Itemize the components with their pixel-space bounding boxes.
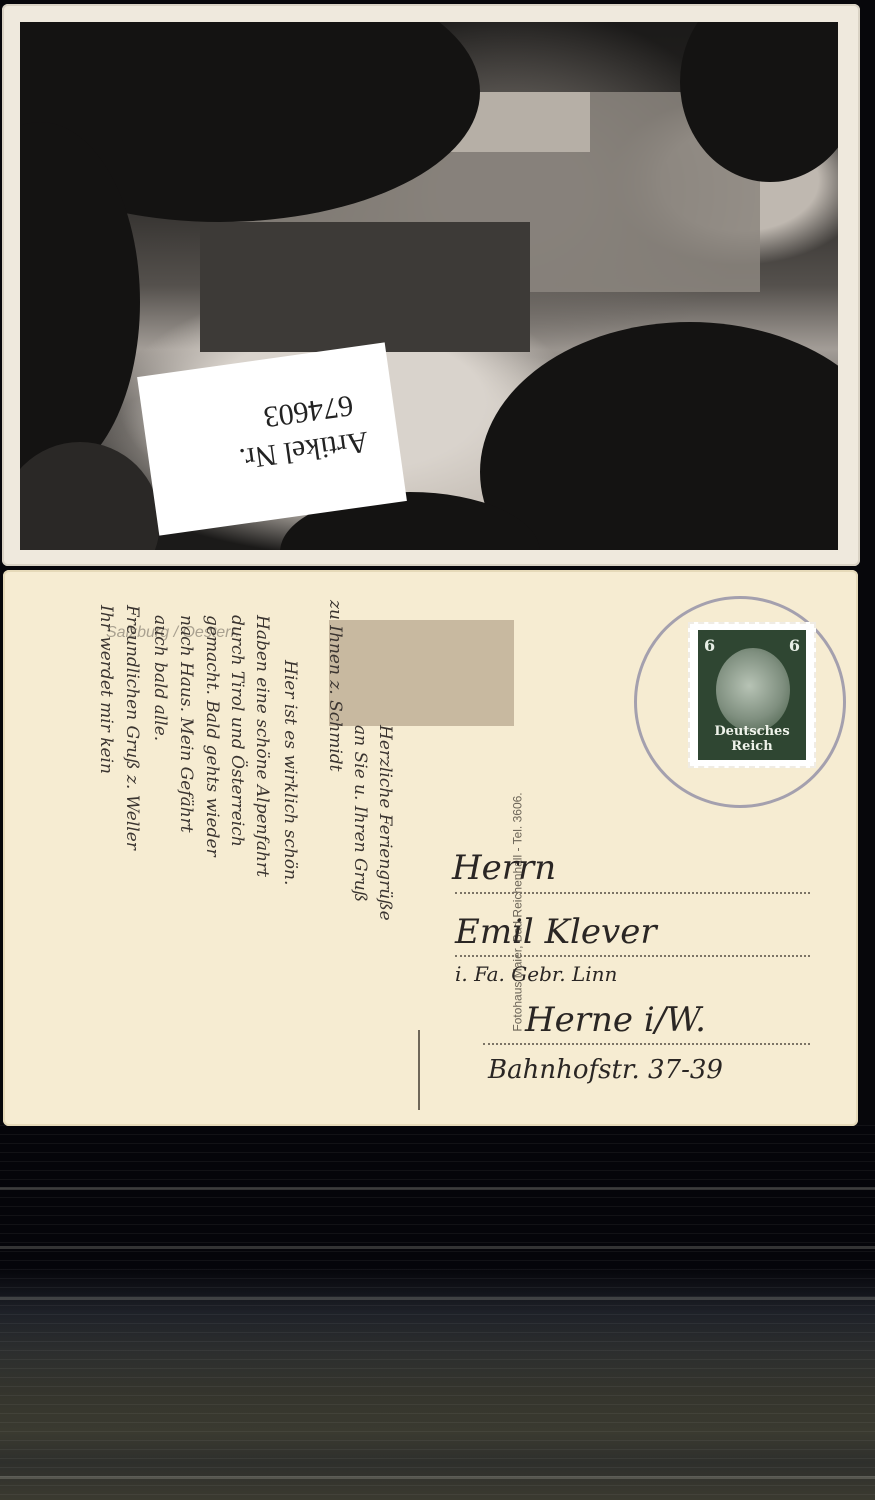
message-line: Hier ist es wirklich schön.	[280, 660, 300, 885]
address-rule	[455, 892, 810, 894]
fortress-hill	[200, 222, 530, 352]
scanner-background	[0, 1125, 875, 1500]
address-rule	[483, 1043, 810, 1045]
stamp-country: Deutsches Reich	[702, 724, 802, 754]
stamp-value-right: 6	[789, 636, 800, 655]
address-salutation: Herrn	[452, 848, 556, 888]
salzburg-photo	[20, 22, 838, 550]
address-name: Emil Klever	[455, 912, 657, 952]
foliage	[20, 442, 160, 550]
address-company: i. Fa. Gebr. Linn	[455, 962, 617, 986]
tape-patch	[329, 620, 514, 726]
message-line: gemacht. Bald gehts wieder	[202, 615, 222, 857]
foliage	[480, 322, 838, 550]
message-line: Freundlichen Gruß z. Weller	[122, 605, 142, 850]
message-line: nach Haus. Mein Gefährt	[176, 615, 196, 833]
portrait-medallion-icon	[716, 648, 790, 732]
stamp-design: 6 6 Deutsches Reich	[698, 630, 806, 760]
address-rule	[455, 955, 810, 957]
message-line: Herzliche Feriengrüße	[375, 725, 395, 921]
message-line: zu Ihnen z. Schmidt	[325, 600, 345, 772]
address-city: Herne i/W.	[525, 1000, 706, 1040]
message-line: an Sie u. Ihren Gruß	[350, 725, 370, 902]
scan-artifact-line	[0, 1476, 875, 1479]
message-line: durch Tirol und Österreich	[227, 615, 247, 847]
postage-stamp: 6 6 Deutsches Reich	[688, 622, 816, 768]
postcard-front: Artikel Nr. 674603	[2, 4, 860, 566]
scan-artifact-line	[0, 1297, 875, 1300]
address-street: Bahnhofstr. 37-39	[488, 1055, 723, 1085]
stamp-value-left: 6	[704, 636, 715, 655]
scan-artifact-line	[0, 1246, 875, 1249]
message-line: Haben eine schöne Alpenfahrt	[252, 615, 272, 877]
divider-line	[418, 1030, 420, 1110]
message-line: auch bald alle.	[150, 615, 170, 741]
message-line: Ihr werdet mir kein	[96, 605, 116, 774]
label-title: Artikel Nr.	[237, 424, 370, 476]
scan-artifact-line	[0, 1187, 875, 1190]
